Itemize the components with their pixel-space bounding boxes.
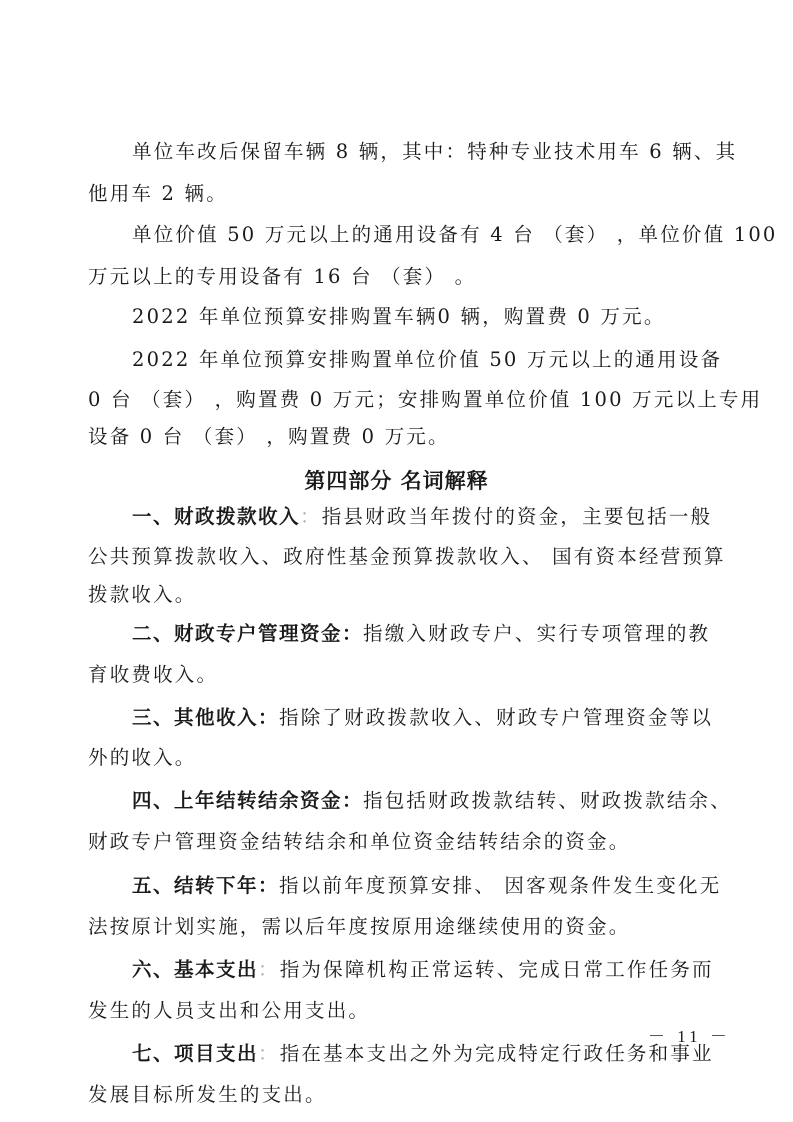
term-label: 五、结转下年 [132,874,258,897]
term-4-line-2: 财政专户管理资金结转结余和单位资金结转结余的资金。 [88,830,710,854]
term-item-5: 五、结转下年：指以前年度预算安排、 因客观条件发生变化无 [132,874,710,898]
paragraph-equipment-line-1: 单位价值 50 万元以上的通用设备有 4 台 （套） ，单位价值 100 [132,223,710,247]
term-separator: ： [258,958,280,981]
term-label: 七、项目支出 [132,1042,258,1065]
term-separator: ： [258,874,279,897]
term-definition: 指为保障机构正常运转、完成日常工作任务而 [280,958,714,981]
term-3-line-2: 外的收入。 [88,746,710,770]
term-label: 一、财政拨款收入 [132,505,300,528]
term-definition: 指包括财政拨款结转、财政拨款结余、 [363,789,732,812]
term-item-2: 二、财政专户管理资金：指缴入财政专户、实行专项管理的教 [132,622,710,646]
term-6-line-2: 发生的人员支出和公用支出。 [88,999,710,1023]
term-separator: ： [300,505,322,528]
paragraph-equipment-budget-line-1: 2022 年单位预算安排购置单位价值 50 万元以上的通用设备 [132,348,710,372]
term-item-4: 四、上年结转结余资金：指包括财政拨款结转、财政拨款结余、 [132,789,710,813]
term-definition: 指缴入财政专户、实行专项管理的教 [363,622,710,645]
paragraph-equipment-budget-line-3: 设备 0 台 （套） ，购置费 0 万元。 [88,425,710,449]
paragraph-vehicles-line-2: 他用车 2 辆。 [88,182,710,206]
paragraph-equipment-budget-line-2: 0 台 （套） ，购置费 0 万元；安排购置单位价值 100 万元以上专用 [88,388,710,412]
term-definition: 指除了财政拨款收入、财政专户管理资金等以 [279,706,713,729]
term-definition: 指县财政当年拨付的资金，主要包括一般 [322,505,713,528]
term-item-3: 三、其他收入：指除了财政拨款收入、财政专户管理资金等以 [132,706,710,730]
term-7-line-2: 发展目标所发生的支出。 [88,1083,710,1107]
paragraph-equipment-line-2: 万元以上的专用设备有 16 台 （套） 。 [88,265,710,289]
page-number: － 11 － [648,1022,731,1047]
section-heading: 第四部分 名词解释 [0,465,793,495]
document-page: 单位车改后保留车辆 8 辆，其中：特种专业技术用车 6 辆、其 他用车 2 辆。… [0,0,793,1122]
term-5-line-2: 法按原计划实施，需以后年度按原用途继续使用的资金。 [88,915,710,939]
term-item-7: 七、项目支出：指在基本支出之外为完成特定行政任务和事业 [132,1042,710,1066]
term-label: 三、其他收入 [132,706,258,729]
term-separator: ： [258,706,279,729]
paragraph-vehicle-budget: 2022 年单位预算安排购置车辆0 辆，购置费 0 万元。 [132,305,710,329]
term-separator: ： [258,1042,280,1065]
term-1-line-3: 拨款收入。 [88,583,710,607]
term-label: 四、上年结转结余资金 [132,789,342,812]
term-label: 六、基本支出 [132,958,258,981]
term-separator: ： [342,622,363,645]
term-separator: ： [342,789,363,812]
term-definition: 指以前年度预算安排、 因客观条件发生变化无 [279,874,721,897]
term-2-line-2: 育收费收入。 [88,663,710,687]
term-1-line-2: 公共预算拨款收入、政府性基金预算拨款收入、 国有资本经营预算 [88,545,710,569]
term-item-6: 六、基本支出：指为保障机构正常运转、完成日常工作任务而 [132,958,710,982]
term-label: 二、财政专户管理资金 [132,622,342,645]
paragraph-vehicles-line-1: 单位车改后保留车辆 8 辆，其中：特种专业技术用车 6 辆、其 [132,140,710,164]
term-item-1: 一、财政拨款收入：指县财政当年拨付的资金，主要包括一般 [132,505,710,529]
